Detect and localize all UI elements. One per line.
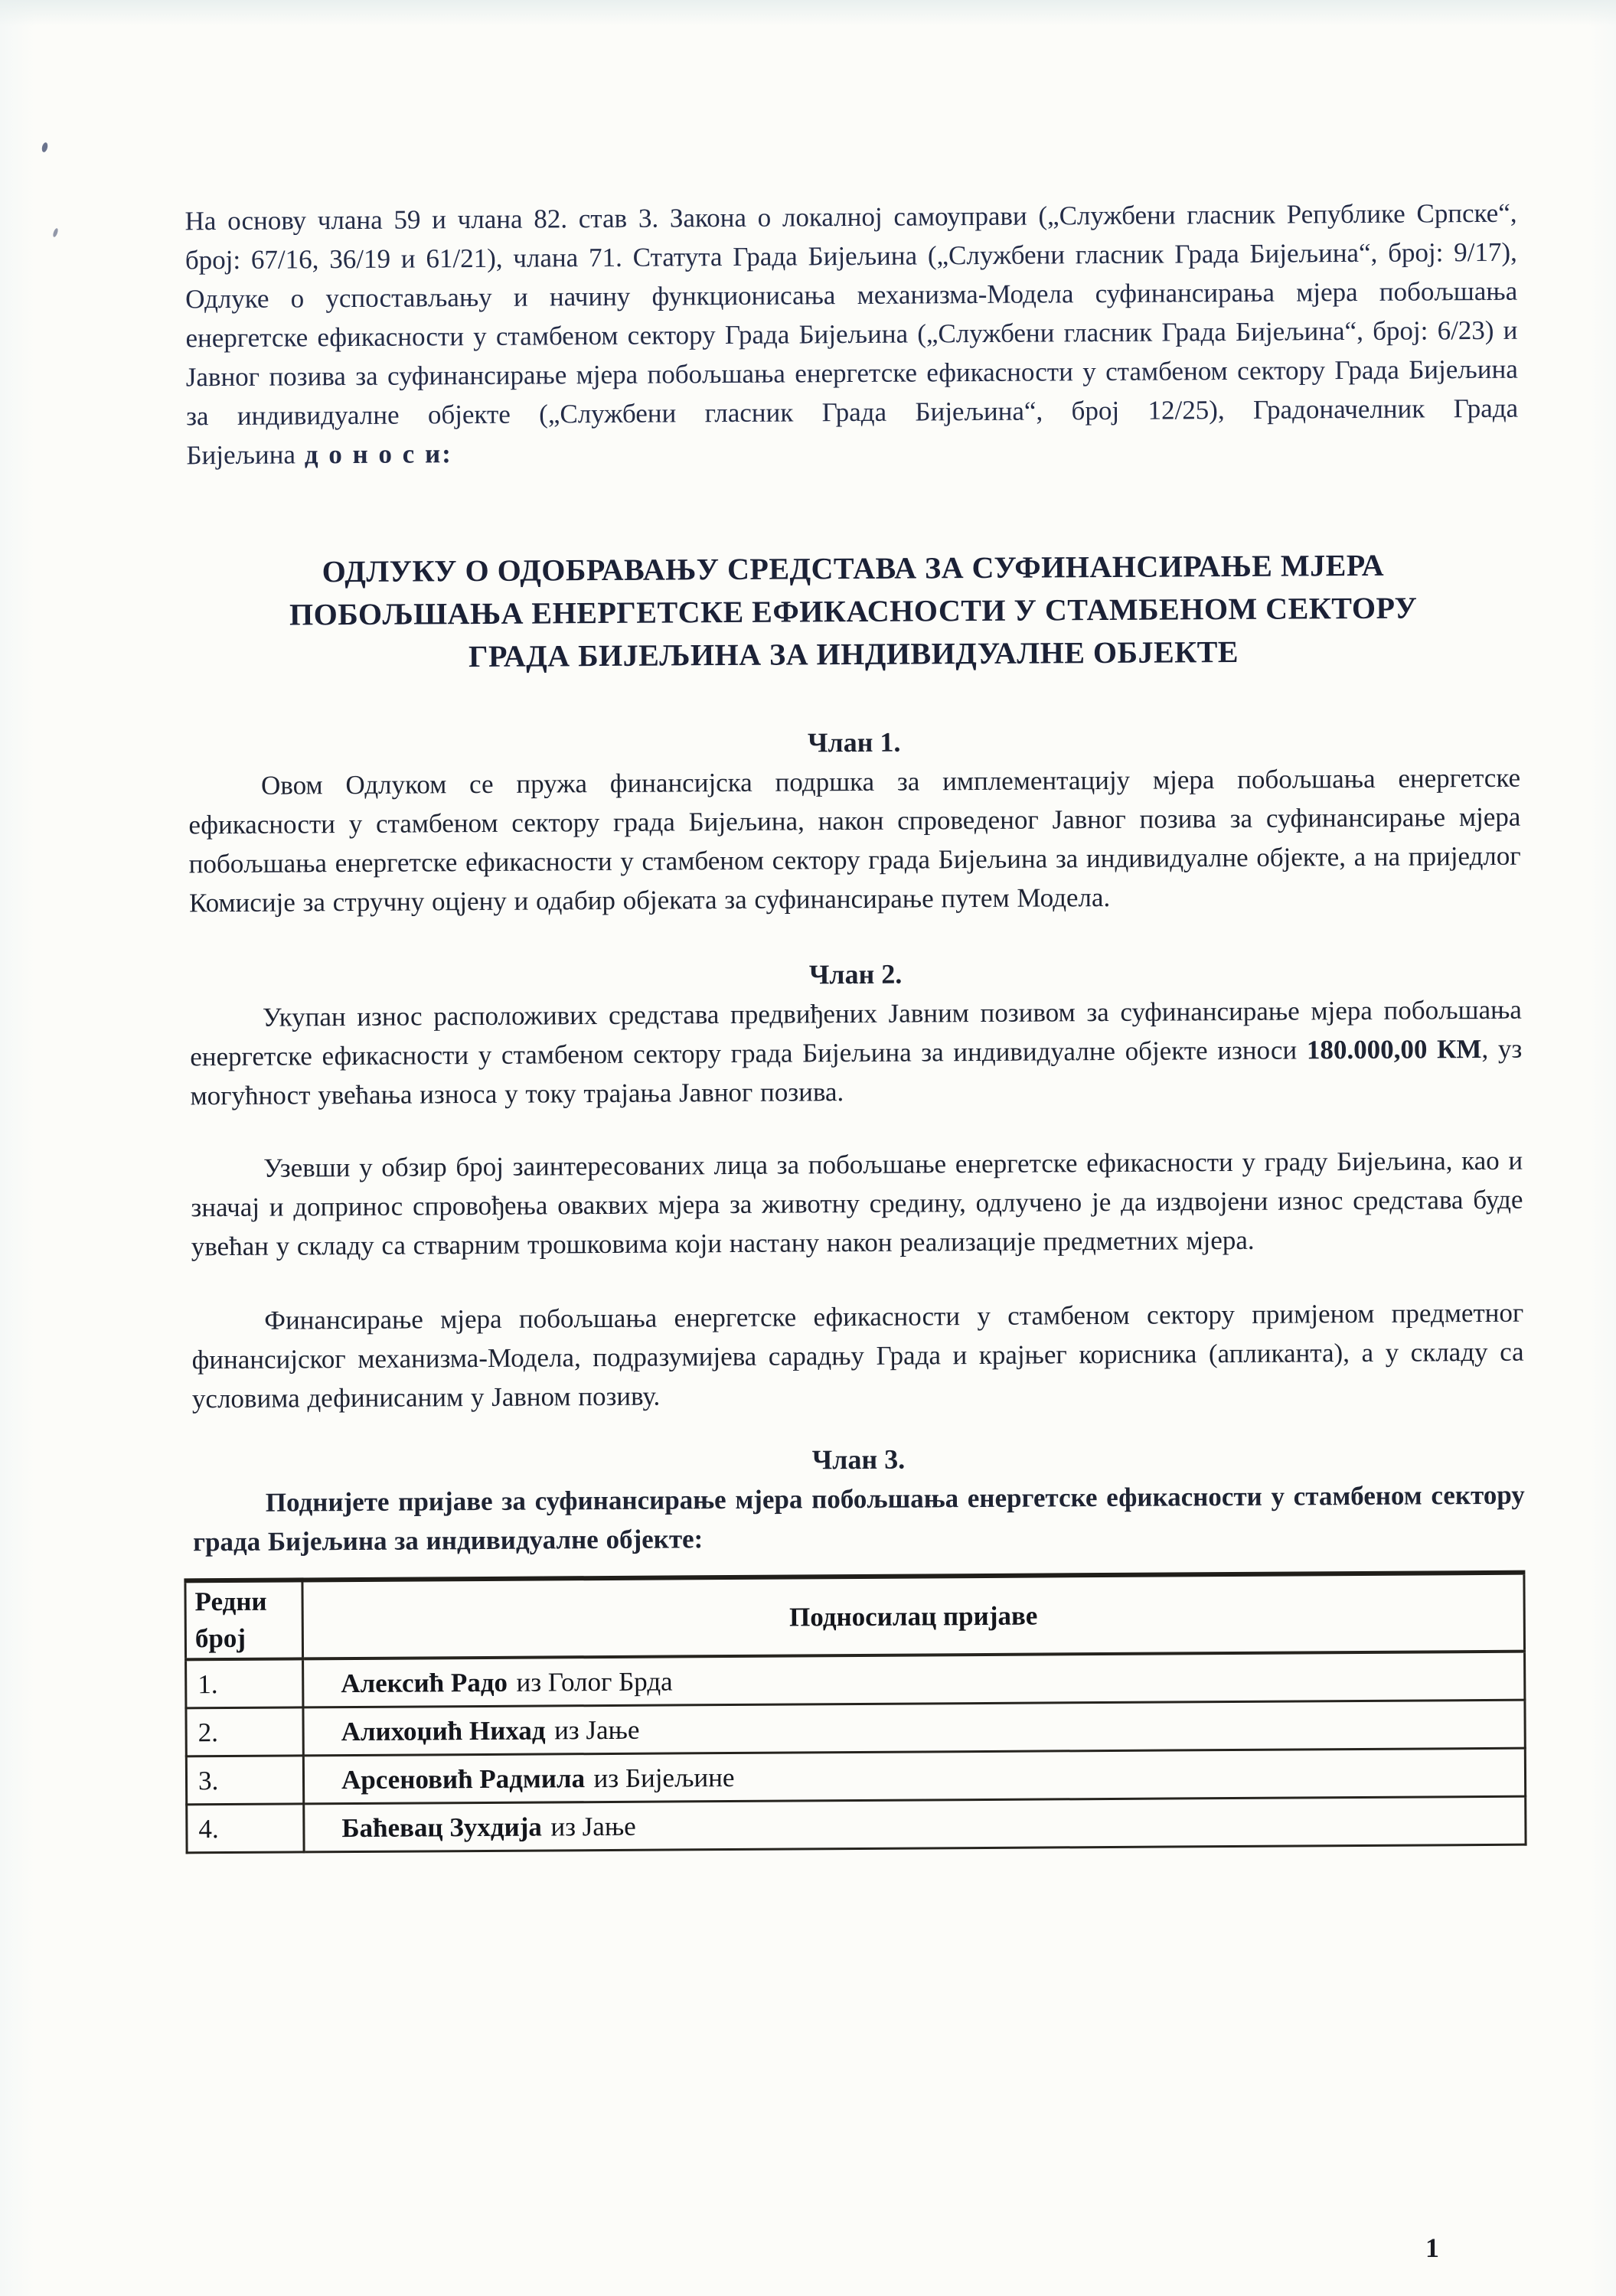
article3-paragraph: Поднијете пријаве за суфинансирање мјера… [193,1476,1526,1562]
row-ordinal: 4. [187,1804,304,1853]
header-ordinal-number: Редни број [185,1580,303,1659]
scanned-document-page: На основу члана 59 и члана 82. став 3. З… [0,0,1616,2296]
header-applicant: Подносилац пријаве [302,1573,1525,1659]
applicant-name: Баћевац Зухдија [341,1812,542,1843]
applicant-origin: из Бијељине [593,1762,734,1792]
row-ordinal: 3. [186,1756,303,1805]
applicant-name: Арсеновић Радмила [341,1763,585,1795]
applicant-origin: из Јање [550,1811,636,1841]
applicant-name: Алихоџић Нихад [341,1715,546,1746]
row-applicant: Баћевац Зухдијаиз Јање [304,1796,1526,1852]
table-row: 1. Алексић Радоиз Голог Брда [186,1652,1525,1708]
row-applicant: Арсеновић Радмилаиз Бијељине [303,1748,1525,1804]
decision-title: ОДЛУКУ О ОДОБРАВАЊУ СРЕДСТАВА ЗА СУФИНАН… [187,543,1520,680]
document-content: На основу члана 59 и члана 82. став 3. З… [184,194,1526,1854]
applicants-table: Редни број Подносилац пријаве 1. Алексић… [184,1570,1526,1854]
article1-paragraph: Овом Одлуком се пружа финансијска подршк… [188,758,1521,923]
row-applicant: Алексић Радоиз Голог Брда [303,1652,1525,1707]
table-row: 2. Алихоџић Нихадиз Јање [186,1700,1525,1756]
title-line-2: ПОБОЉШАЊА ЕНЕРГЕТСКЕ ЕФИКАСНОСТИ У СТАМБ… [188,586,1520,638]
title-line-3: ГРАДА БИЈЕЉИНА ЗА ИНДИВИДУАЛНЕ ОБЈЕКТЕ [188,629,1520,680]
row-ordinal: 2. [186,1707,303,1756]
intro-paragraph: На основу члана 59 и члана 82. став 3. З… [184,194,1518,475]
article2-paragraph-3: Финансирање мјера побољшања енергетске е… [191,1293,1524,1419]
applicant-origin: из Голог Брда [516,1666,672,1697]
table-row: 4. Баћевац Зухдијаиз Јање [187,1796,1526,1853]
applicant-origin: из Јање [554,1714,640,1745]
page-number: 1 [1425,2232,1439,2264]
table-header-row: Редни број Подносилац пријаве [185,1573,1525,1660]
article2-paragraph-1: Укупан износ расположивих средстава пред… [190,990,1523,1116]
scan-speck [52,228,59,238]
row-applicant: Алихоџић Нихадиз Јање [303,1700,1525,1756]
article2-paragraph-2: Узевши у обзир број заинтересованих лица… [191,1141,1523,1267]
header-ordinal-line-2: број [188,1619,301,1657]
scan-speck [41,142,49,152]
intro-text: На основу члана 59 и члана 82. став 3. З… [184,198,1518,471]
table-row: 3. Арсеновић Радмилаиз Бијељине [186,1748,1525,1805]
header-ordinal-line-1: Редни [187,1583,300,1620]
total-amount: 180.000,00 КМ [1307,1034,1482,1065]
applicant-name: Алексић Радо [341,1667,508,1698]
row-ordinal: 1. [186,1658,303,1707]
intro-emphasis: д о н о с и: [305,439,452,469]
